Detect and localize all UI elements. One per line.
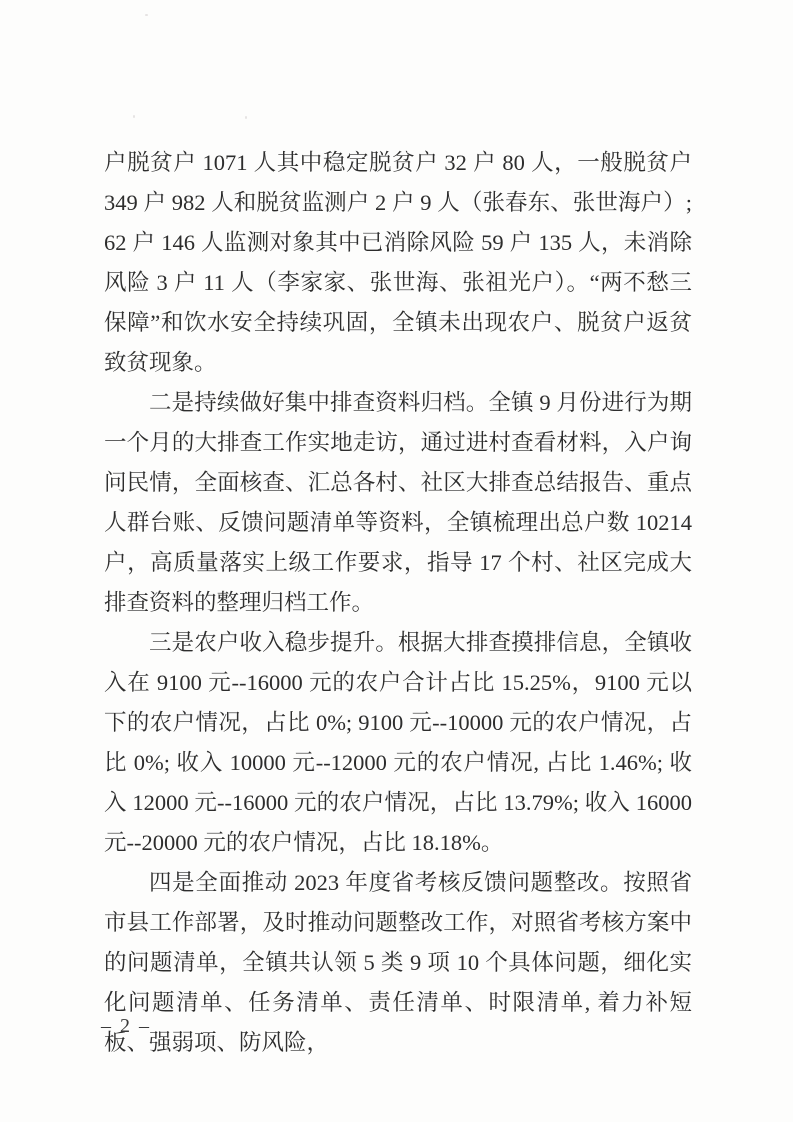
page-number: – 2 –	[101, 1013, 151, 1039]
paragraph-continuation: 户脱贫户 1071 人其中稳定脱贫户 32 户 80 人，一般脱贫户 349 户…	[104, 143, 692, 383]
paragraph-point-two: 二是持续做好集中排查资料归档。全镇 9 月份进行为期一个月的大排查工作实地走访，…	[104, 383, 692, 623]
document-body: 户脱贫户 1071 人其中稳定脱贫户 32 户 80 人，一般脱贫户 349 户…	[104, 143, 692, 1063]
paragraph-point-four: 四是全面推动 2023 年度省考核反馈问题整改。按照省市县工作部署，及时推动问题…	[104, 863, 692, 1063]
scan-speck	[145, 14, 148, 16]
scan-speck	[133, 115, 135, 118]
document-page: 户脱贫户 1071 人其中稳定脱贫户 32 户 80 人，一般脱贫户 349 户…	[0, 0, 793, 1122]
paragraph-point-three: 三是农户收入稳步提升。根据大排查摸排信息，全镇收入在 9100 元--16000…	[104, 623, 692, 863]
scan-speck	[245, 116, 247, 119]
